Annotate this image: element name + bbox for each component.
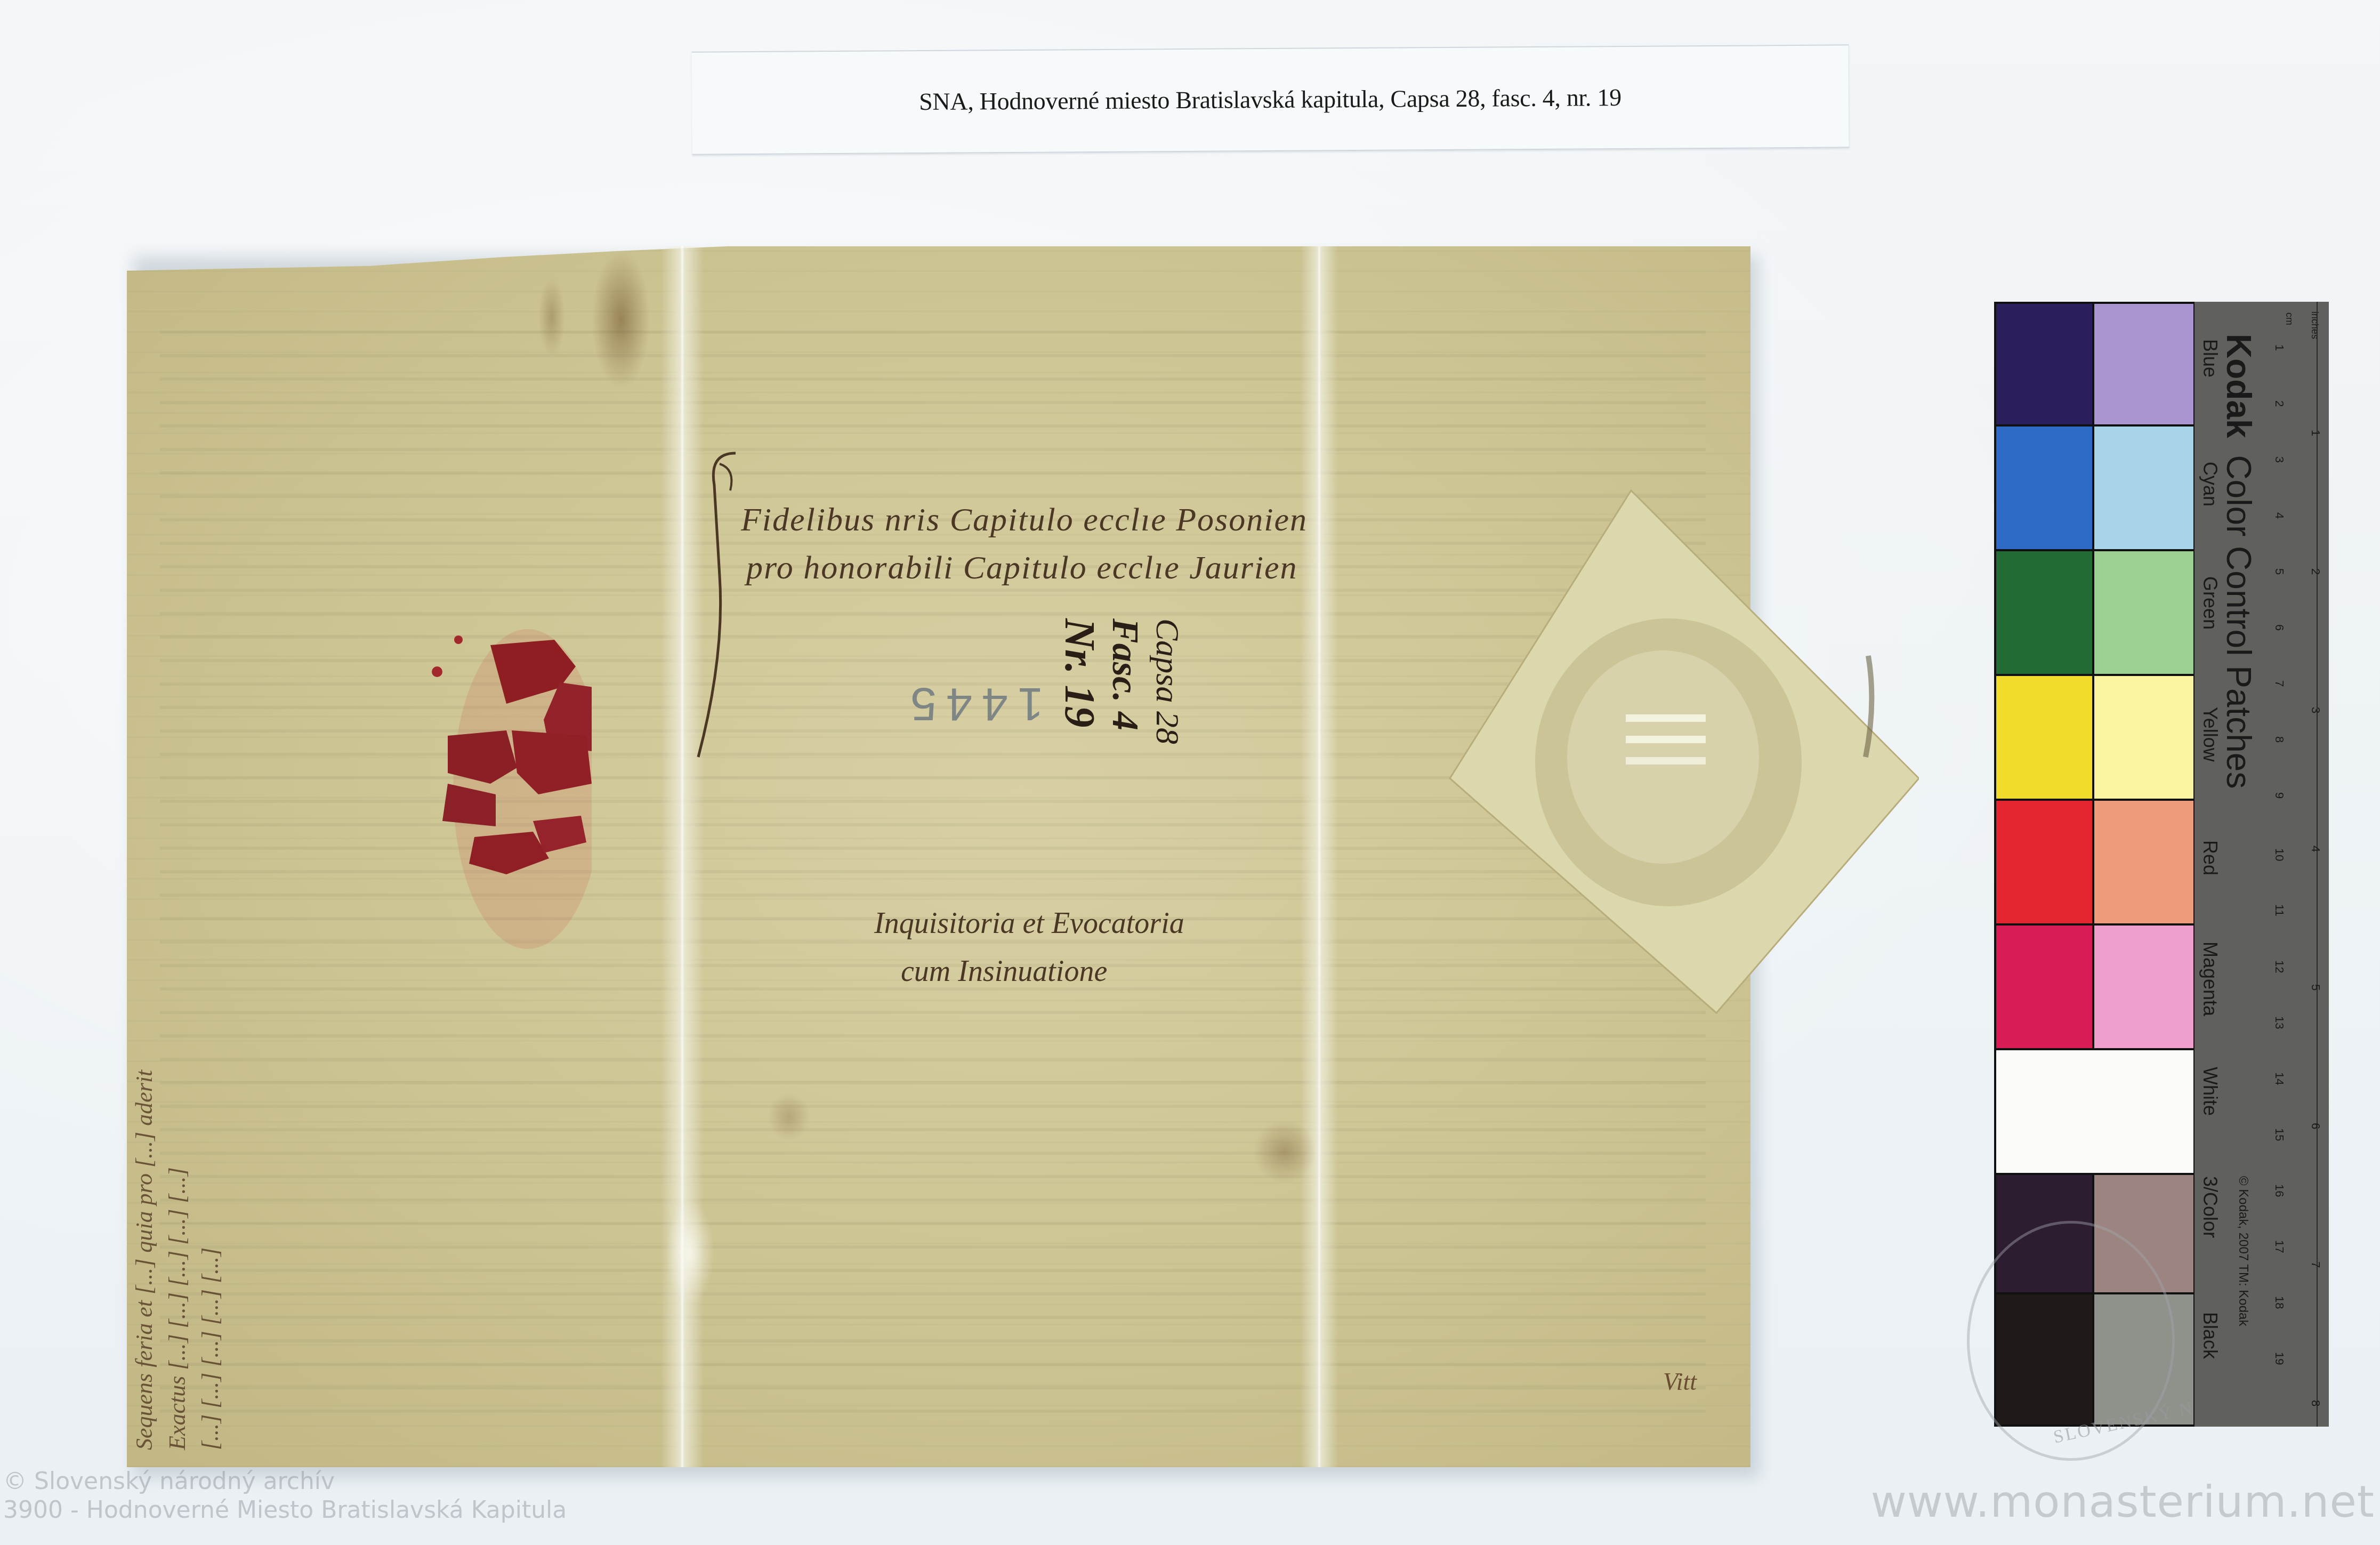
shelfmark-nr: Nr. 19 xyxy=(1055,618,1103,744)
cm-tick-label: 2 xyxy=(2272,400,2286,407)
label-3color: 3/Color xyxy=(2199,1176,2221,1238)
inch-tick-label: 5 xyxy=(2309,984,2322,991)
patch-magenta-light xyxy=(2094,926,2193,1048)
fold-line-right xyxy=(1301,246,1338,1467)
patch-white xyxy=(1996,1050,2193,1173)
patch-magenta-dark xyxy=(1996,926,2092,1048)
cm-tick-label: 6 xyxy=(2272,624,2286,631)
corner-note: Vitt xyxy=(1663,1367,1697,1396)
cm-tick-label: 4 xyxy=(2272,512,2286,519)
cm-tick-label: 16 xyxy=(2272,1184,2286,1197)
left-margin-note: Sequens feria et [...] quia pro [...] ad… xyxy=(128,1070,227,1450)
inch-tick-label: 6 xyxy=(2309,1123,2322,1129)
kodak-title: Color Control Patches xyxy=(2220,455,2258,788)
fond-line: 3900 - Hodnoverné Miesto Bratislavská Ka… xyxy=(3,1496,567,1525)
cm-tick-label: 5 xyxy=(2272,568,2286,575)
cm-tick-label: 10 xyxy=(2272,848,2286,861)
archive-label-text: SNA, Hodnoverné miesto Bratislavská kapi… xyxy=(692,82,1849,117)
stain xyxy=(538,277,565,357)
stain xyxy=(1253,1120,1317,1184)
shelfmark-capsa: Capsa 28 xyxy=(1146,618,1189,744)
label-green: Green xyxy=(2199,576,2221,630)
paper-seal-flap xyxy=(1439,480,1919,1034)
label-white: White xyxy=(2199,1067,2221,1116)
cm-tick-label: 11 xyxy=(2272,904,2286,916)
patch-red-dark xyxy=(1996,801,2092,923)
label-magenta: Magenta xyxy=(2199,942,2221,1016)
patch-blue-dark xyxy=(1996,304,2092,424)
archive-label-card: SNA, Hodnoverné miesto Bratislavská kapi… xyxy=(691,44,1849,155)
worn-spot xyxy=(666,1200,714,1306)
address-line-1: Fidelibus nris Capitulo ecclıe Posonien xyxy=(741,501,1308,539)
kodak-copyright: © Kodak, 2007 TM: Kodak xyxy=(2236,1176,2250,1326)
red-wax-seal-remnant xyxy=(426,608,592,960)
monasterium-watermark: www.monasterium.net xyxy=(1871,1477,2375,1527)
inch-tick-label: 7 xyxy=(2309,1261,2322,1268)
inch-tick-label: 3 xyxy=(2309,707,2322,713)
label-blue: Blue xyxy=(2199,339,2221,377)
cm-tick-label: 19 xyxy=(2272,1352,2286,1365)
initial-f-flourish xyxy=(688,442,768,762)
patch-yellow-light xyxy=(2094,676,2193,799)
inch-tick-label: 2 xyxy=(2309,568,2322,575)
copyright-line: © Slovenský národný archív xyxy=(3,1467,567,1496)
pencil-year-notation: 1445 xyxy=(901,677,1044,731)
patch-cyan-dark xyxy=(1996,427,2092,549)
inch-tick-label: 4 xyxy=(2309,846,2322,852)
patch-green-light xyxy=(2094,551,2193,674)
cm-tick-label: 12 xyxy=(2272,960,2286,973)
ink-stain xyxy=(592,251,650,389)
patch-cyan-light xyxy=(2094,427,2193,549)
cm-tick-label: 3 xyxy=(2272,456,2286,463)
left-margin-line-1: Sequens feria et [...] quia pro [...] ad… xyxy=(128,1070,161,1450)
cm-tick-label: 14 xyxy=(2272,1072,2286,1085)
patch-red-light xyxy=(2094,801,2193,923)
kodak-brand: Kodak xyxy=(2220,334,2258,438)
cm-tick-label: 13 xyxy=(2272,1016,2286,1029)
stain xyxy=(768,1093,810,1141)
kodak-title-block: Kodak Color Control Patches xyxy=(2219,334,2258,788)
shelfmark-fasc: Fasc. 4 xyxy=(1103,618,1146,744)
patch-yellow-dark xyxy=(1996,676,2092,799)
left-margin-line-3: [...] [...] [...] [...] [...] xyxy=(194,1070,227,1450)
cm-tick-label: 9 xyxy=(2272,792,2286,799)
subject-line-1: Inquisitoria et Evocatoria xyxy=(874,906,1184,940)
archive-shelfmark-note: Capsa 28 Fasc. 4 Nr. 19 xyxy=(1055,618,1189,744)
address-line-2: pro honorabili Capitulo ecclıe Jaurien xyxy=(746,549,1298,587)
cm-tick-label: 8 xyxy=(2272,736,2286,743)
inch-scale: 1 2 3 4 5 6 7 8 xyxy=(2301,302,2328,1427)
label-cyan: Cyan xyxy=(2199,462,2221,506)
patch-green-dark xyxy=(1996,551,2092,674)
label-yellow: Yellow xyxy=(2199,707,2221,762)
label-black: Black xyxy=(2199,1312,2221,1359)
copyright-watermark: © Slovenský národný archív 3900 - Hodnov… xyxy=(3,1467,567,1525)
kodak-ruler-panel: Blue Cyan Green Yellow Red Magenta White… xyxy=(2195,302,2329,1427)
label-red: Red xyxy=(2199,840,2221,875)
inch-tick-label: 8 xyxy=(2309,1400,2322,1406)
cm-scale: 1 2 3 4 5 6 7 8 9 10 11 12 13 14 15 16 1… xyxy=(2269,302,2296,1427)
cm-tick-label: 17 xyxy=(2272,1240,2286,1253)
left-margin-line-2: Exactus [...] [...] [...] [...] [...] xyxy=(161,1070,194,1450)
cm-tick-label: 7 xyxy=(2272,680,2286,687)
patch-blue-light xyxy=(2094,304,2193,424)
subject-line-2: cum Insinuatione xyxy=(901,954,1107,988)
inch-tick-label: 1 xyxy=(2309,430,2322,436)
cm-tick-label: 18 xyxy=(2272,1296,2286,1309)
cm-tick-label: 1 xyxy=(2272,344,2286,351)
cm-tick-label: 15 xyxy=(2272,1128,2286,1141)
